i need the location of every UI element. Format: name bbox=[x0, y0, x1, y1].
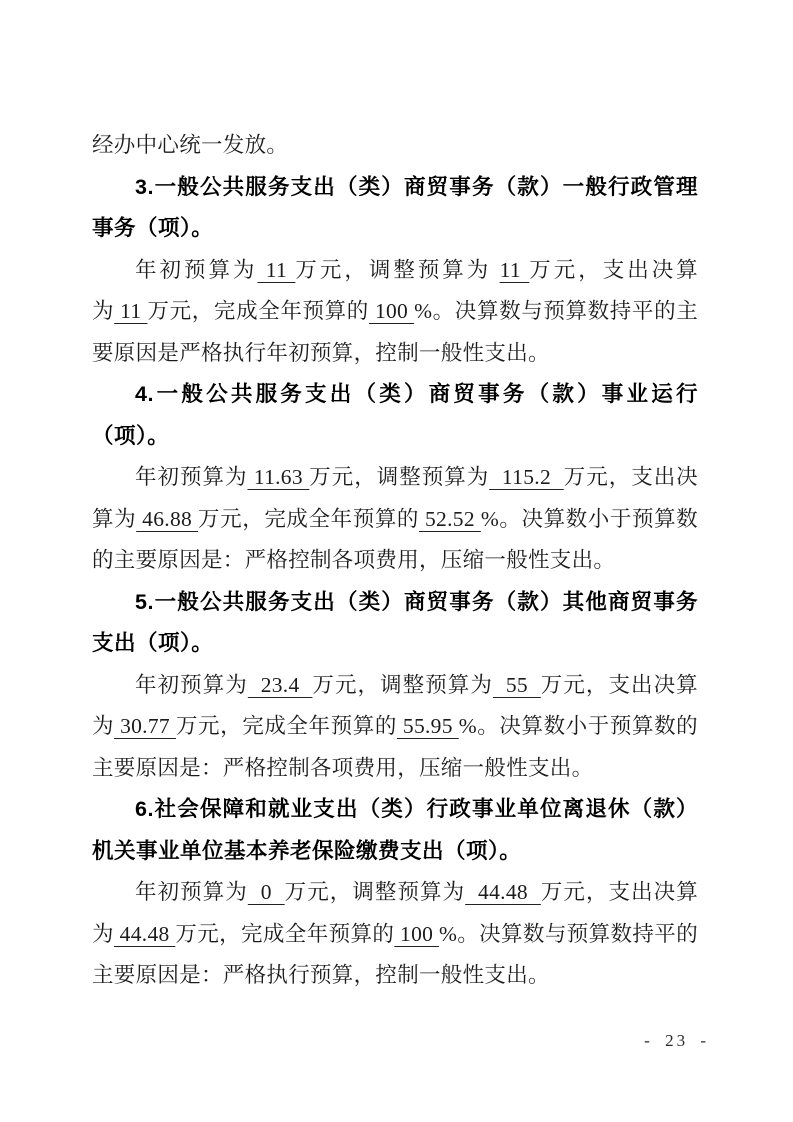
underlined-value: 100 bbox=[369, 299, 414, 323]
section-paragraph: 年初预算为 23.4 万元，调整预算为 55 万元，支出决算为 30.77 万元… bbox=[92, 665, 698, 790]
underlined-value: 11 bbox=[114, 299, 147, 323]
document-body: 经办中心统一发放。 3.一般公共服务支出（类）商贸事务（款）一般行政管理事务（项… bbox=[92, 125, 698, 997]
underlined-value: 52.52 bbox=[419, 507, 481, 531]
section-paragraph: 年初预算为 11 万元，调整预算为 11 万元，支出决算为 11 万元，完成全年… bbox=[92, 250, 698, 375]
underlined-value: 11 bbox=[500, 258, 530, 282]
section-heading: 4.一般公共服务支出（类）商贸事务（款）事业运行（项）。 bbox=[92, 374, 698, 457]
underlined-value: 115.2 bbox=[489, 465, 564, 489]
section-paragraph: 年初预算为 11.63 万元，调整预算为 115.2 万元，支出决算为 46.8… bbox=[92, 457, 698, 582]
text-run: 万元，完成全年预算的 bbox=[175, 922, 394, 946]
text-run: 年初预算为 bbox=[135, 465, 247, 489]
text-run: 万元，完成全年预算的 bbox=[198, 507, 419, 531]
text-run: 年初预算为 bbox=[135, 673, 248, 697]
text-run: 年初预算为 bbox=[135, 258, 257, 282]
text-run: 万元，调整预算为 bbox=[312, 673, 493, 697]
text-run: 万元，调整预算为 bbox=[285, 880, 466, 904]
underlined-value: 0 bbox=[248, 880, 285, 904]
underlined-value: 11.63 bbox=[247, 465, 309, 489]
text-run: 万元，调整预算为 bbox=[309, 465, 489, 489]
underlined-value: 55.95 bbox=[397, 714, 459, 738]
underlined-value: 46.88 bbox=[136, 507, 198, 531]
sections-container: 3.一般公共服务支出（类）商贸事务（款）一般行政管理事务（项）。年初预算为 11… bbox=[92, 167, 698, 997]
text-run: 万元，调整预算为 bbox=[295, 258, 499, 282]
underlined-value: 23.4 bbox=[248, 673, 313, 697]
underlined-value: 11 bbox=[257, 258, 295, 282]
document-page: 经办中心统一发放。 3.一般公共服务支出（类）商贸事务（款）一般行政管理事务（项… bbox=[0, 0, 793, 1122]
section-heading: 3.一般公共服务支出（类）商贸事务（款）一般行政管理事务（项）。 bbox=[92, 167, 698, 250]
page-number: - 23 - bbox=[644, 1028, 709, 1054]
text-run: 万元，完成全年预算的 bbox=[148, 299, 369, 323]
intro-paragraph: 经办中心统一发放。 bbox=[92, 125, 698, 167]
text-run: 年初预算为 bbox=[135, 880, 248, 904]
section-heading: 6.社会保障和就业支出（类）行政事业单位离退休（款）机关事业单位基本养老保险缴费… bbox=[92, 789, 698, 872]
text-run: 万元，完成全年预算的 bbox=[176, 714, 397, 738]
underlined-value: 55 bbox=[493, 673, 541, 697]
underlined-value: 30.77 bbox=[114, 714, 176, 738]
section-heading: 5.一般公共服务支出（类）商贸事务（款）其他商贸事务支出（项）。 bbox=[92, 582, 698, 665]
underlined-value: 100 bbox=[394, 922, 439, 946]
underlined-value: 44.48 bbox=[114, 922, 175, 946]
underlined-value: 44.48 bbox=[465, 880, 541, 904]
section-paragraph: 年初预算为 0 万元，调整预算为 44.48 万元，支出决算为 44.48 万元… bbox=[92, 872, 698, 997]
